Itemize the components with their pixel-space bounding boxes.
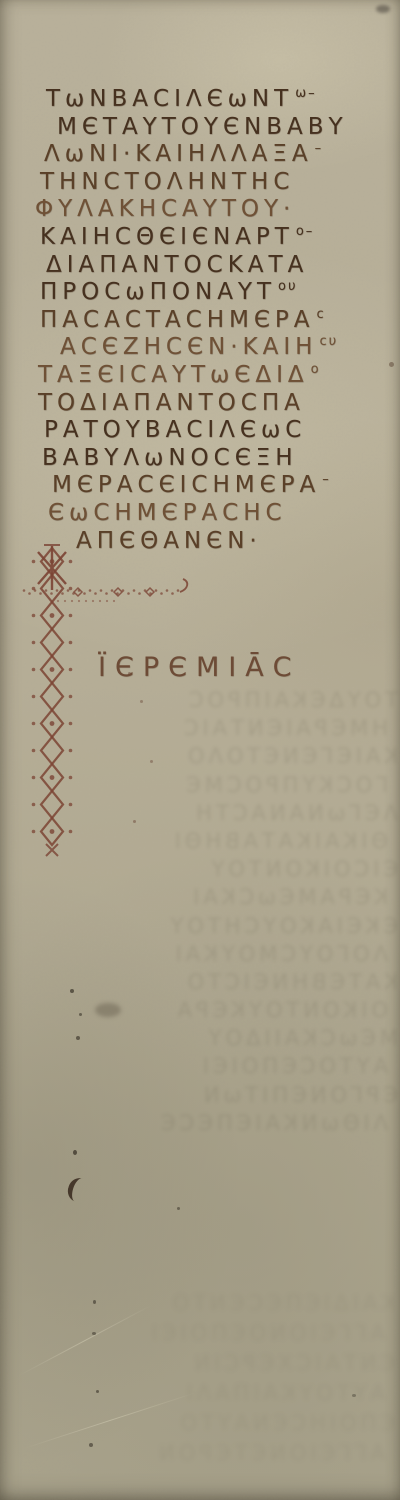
showthrough-text-lower: ΚΑΙΔΙЄΠЄCЄΝΤΟΑΓΓЄΙΟΝΟЄΠΟΙЄΙЄΝΤΑΙCΧЄΡCΙΝΑ…: [95, 1288, 395, 1468]
showthrough-line: ΑΓΓЄΙΟΝЄΤЄΡΟΝ: [95, 1438, 385, 1468]
showthrough-line: ΤΟΥΔЄΚΑΙΠΡΟC: [128, 686, 398, 714]
ink-speck: [79, 1013, 82, 1016]
ink-speck: [95, 1003, 121, 1017]
ink-speck: [70, 989, 74, 993]
line-text: ΤΟΔΙΑΠΑΝΤΟCΠΑ: [38, 390, 305, 416]
line-text: ΔΙΑΠΑΝΤΟCΚΑΤΑ: [46, 252, 308, 278]
line-text: ΑΠЄΘΑΝЄΝ·: [76, 528, 262, 554]
showthrough-line: ΟΙΚΟΝΤΟΥΚЄΡΑ: [128, 996, 388, 1024]
superscript-abbreviation: ου: [278, 279, 297, 294]
line-text: ΜЄΡΑCЄΙCΗΜЄΡΑ: [52, 472, 320, 498]
ink-speck: [177, 1207, 180, 1210]
manuscript-text-line: ΤΗΝCΤΟΛΗΝΤΗC: [40, 169, 400, 197]
manuscript-text-line: ΒΑΒΥΛωΝΟCЄΞΗ: [42, 445, 400, 473]
showthrough-line: ΚЄΡΑΜЄωCΚΑΙ: [128, 883, 388, 911]
showthrough-line: ΛΙΘωΝΚΑΙЄΠЄCЄ: [128, 1109, 388, 1137]
book-title-subscription: ΪЄΡЄΜΙᾹC: [98, 652, 301, 683]
line-text: ΡΑΤΟΥΒΑCΙΛЄωC: [44, 417, 306, 443]
manuscript-text-column: ΤωΝΒΑCΙΛЄωΝΤω– ΜЄΤΑΥΤΟΥЄΝΒΑΒΥ ΛωΝΙ·ΚΑΙΗΛ…: [0, 86, 400, 555]
line-text: ΛωΝΙ·ΚΑΙΗΛΛΑΞΑ: [44, 141, 313, 167]
showthrough-line: ΚΑΙΔΙЄΠЄCЄΝΤΟ: [95, 1288, 395, 1318]
showthrough-line: ΛΟΓΟΥCΜΟΥΚΑΙ: [128, 940, 388, 968]
showthrough-line: ΛЄΓωΝΑΝΑCΤΗ: [128, 799, 398, 827]
superscript-abbreviation: ω–: [295, 86, 316, 101]
line-text: ΚΑΙΗCΘЄΙЄΝΑΡΤ: [40, 224, 294, 250]
showthrough-line: ΘΙΚΑΙΚΑΤΑΒΗΘΙ: [128, 827, 388, 855]
ink-speck: [89, 1443, 93, 1447]
showthrough-line: ΑΓΓЄΙΟΝΟЄΠΟΙЄΙ: [95, 1318, 385, 1348]
line-text: ΤΑΞЄΙCΑΥΤωЄΔΙΔ: [38, 362, 309, 388]
line-text: ΦΥΛΑΚΗCΑΥΤΟΥ·: [35, 196, 295, 222]
ink-speck: [376, 5, 390, 13]
line-text: ΒΑΒΥΛωΝΟCЄΞΗ: [42, 445, 298, 471]
manuscript-text-line: ΔΙΑΠΑΝΤΟCΚΑΤΑ: [46, 252, 400, 280]
manuscript-text-line: ΛωΝΙ·ΚΑΙΗΛΛΑΞΑ–: [44, 141, 400, 169]
manuscript-text-line: ΤΑΞЄΙCΑΥΤωЄΔΙΔο: [38, 362, 400, 390]
manuscript-text-line: ΑCЄΖΗCЄΝ·ΚΑΙΗϲυ: [60, 334, 400, 362]
line-text: ΤΗΝCΤΟΛΗΝΤΗC: [40, 169, 294, 195]
line-text: ΠΑCΑCΤΑCΗΜЄΡΑ: [40, 307, 315, 333]
manuscript-text-line: ΠΡΟCωΠΟΝΑΥΤου: [40, 279, 400, 307]
showthrough-line: ΑΥΤΟCЄΠΟΙЄΙ: [128, 1052, 388, 1080]
line-text: ЄωCΗΜЄΡΑCΗC: [48, 500, 287, 526]
ink-speck: [73, 1150, 77, 1155]
line-text: ΤωΝΒΑCΙΛЄωΝΤ: [46, 86, 293, 112]
superscript-abbreviation: –: [315, 141, 324, 156]
showthrough-line: ΜЄωCΚΑΙΙΔΟΥ: [128, 1024, 398, 1052]
showthrough-line: ЄΙCΟΙΚΟΝΤΟΥ: [128, 855, 398, 883]
superscript-abbreviation: –: [322, 472, 331, 487]
parchment-page: ΤΟΥΔЄΚΑΙΠΡΟCΗΜЄΡΑΙЄΝΤΑΙCΚΑΙЄΓЄΝЄΤΟΛΟΓΟCΚ…: [0, 0, 400, 1500]
superscript-abbreviation: ϲυ: [319, 334, 338, 349]
manuscript-text-line: ЄωCΗΜЄΡΑCΗC: [48, 500, 400, 528]
manuscript-text-line: ΜЄΤΑΥΤΟΥЄΝΒΑΒΥ: [57, 114, 400, 142]
line-text: ΠΡΟCωΠΟΝΑΥΤ: [40, 279, 276, 305]
superscript-abbreviation: ϲ: [317, 307, 326, 322]
manuscript-text-line: ΜЄΡΑCЄΙCΗΜЄΡΑ–: [52, 472, 400, 500]
showthrough-line: ЄΚЄΙΑΚΟΥCΗΤΟΥ: [128, 912, 398, 940]
showthrough-line: ΚΑΤЄΒΗΝЄΙCΤΟ: [128, 968, 398, 996]
manuscript-text-line: ΠΑCΑCΤΑCΗΜЄΡΑϲ: [40, 307, 400, 335]
showthrough-line: ΑΥΤΟΥΚΑΙΠΑΛΙ: [95, 1378, 385, 1408]
line-text: ΑCЄΖΗCЄΝ·ΚΑΙΗ: [60, 334, 317, 360]
manuscript-text-line: ΑΠЄΘΑΝЄΝ·: [76, 528, 400, 556]
superscript-abbreviation: ο: [311, 362, 321, 377]
showthrough-line: ΓΟCΚΥΠΡΟCΜЄ: [128, 771, 388, 799]
superscript-abbreviation: ο–: [296, 224, 314, 239]
showthrough-line: ΚΑΙЄΓЄΝЄΤΟΛΟ: [128, 742, 398, 770]
showthrough-text-upper: ΤΟΥΔЄΚΑΙΠΡΟCΗΜЄΡΑΙЄΝΤΑΙCΚΑΙЄΓЄΝЄΤΟΛΟΓΟCΚ…: [128, 686, 398, 1137]
showthrough-line: ЄΠΟΙΗCЄΝΑΥΤΟ: [95, 1408, 395, 1438]
manuscript-text-line: ΤωΝΒΑCΙΛЄωΝΤω–: [46, 86, 400, 114]
ink-speck: [76, 1036, 80, 1040]
ink-blot: [65, 1175, 92, 1204]
manuscript-text-line: ΚΑΙΗCΘЄΙЄΝΑΡΤο–: [40, 224, 400, 252]
line-text: ΜЄΤΑΥΤΟΥЄΝΒΑΒΥ: [57, 114, 348, 140]
manuscript-text-line: ΡΑΤΟΥΒΑCΙΛЄωC: [44, 417, 400, 445]
manuscript-text-line: ΤΟΔΙΑΠΑΝΤΟCΠΑ: [38, 390, 400, 418]
showthrough-line: ΗΜЄΡΑΙЄΝΤΑΙC: [128, 714, 388, 742]
manuscript-text-line: ΦΥΛΑΚΗCΑΥΤΟΥ·: [35, 196, 400, 224]
showthrough-line: ЄΝΤΑΙCΧЄΡCΙΝ: [95, 1348, 395, 1378]
showthrough-line: ЄΡΓΟΝЄΠΙΤωΝ: [128, 1081, 398, 1109]
